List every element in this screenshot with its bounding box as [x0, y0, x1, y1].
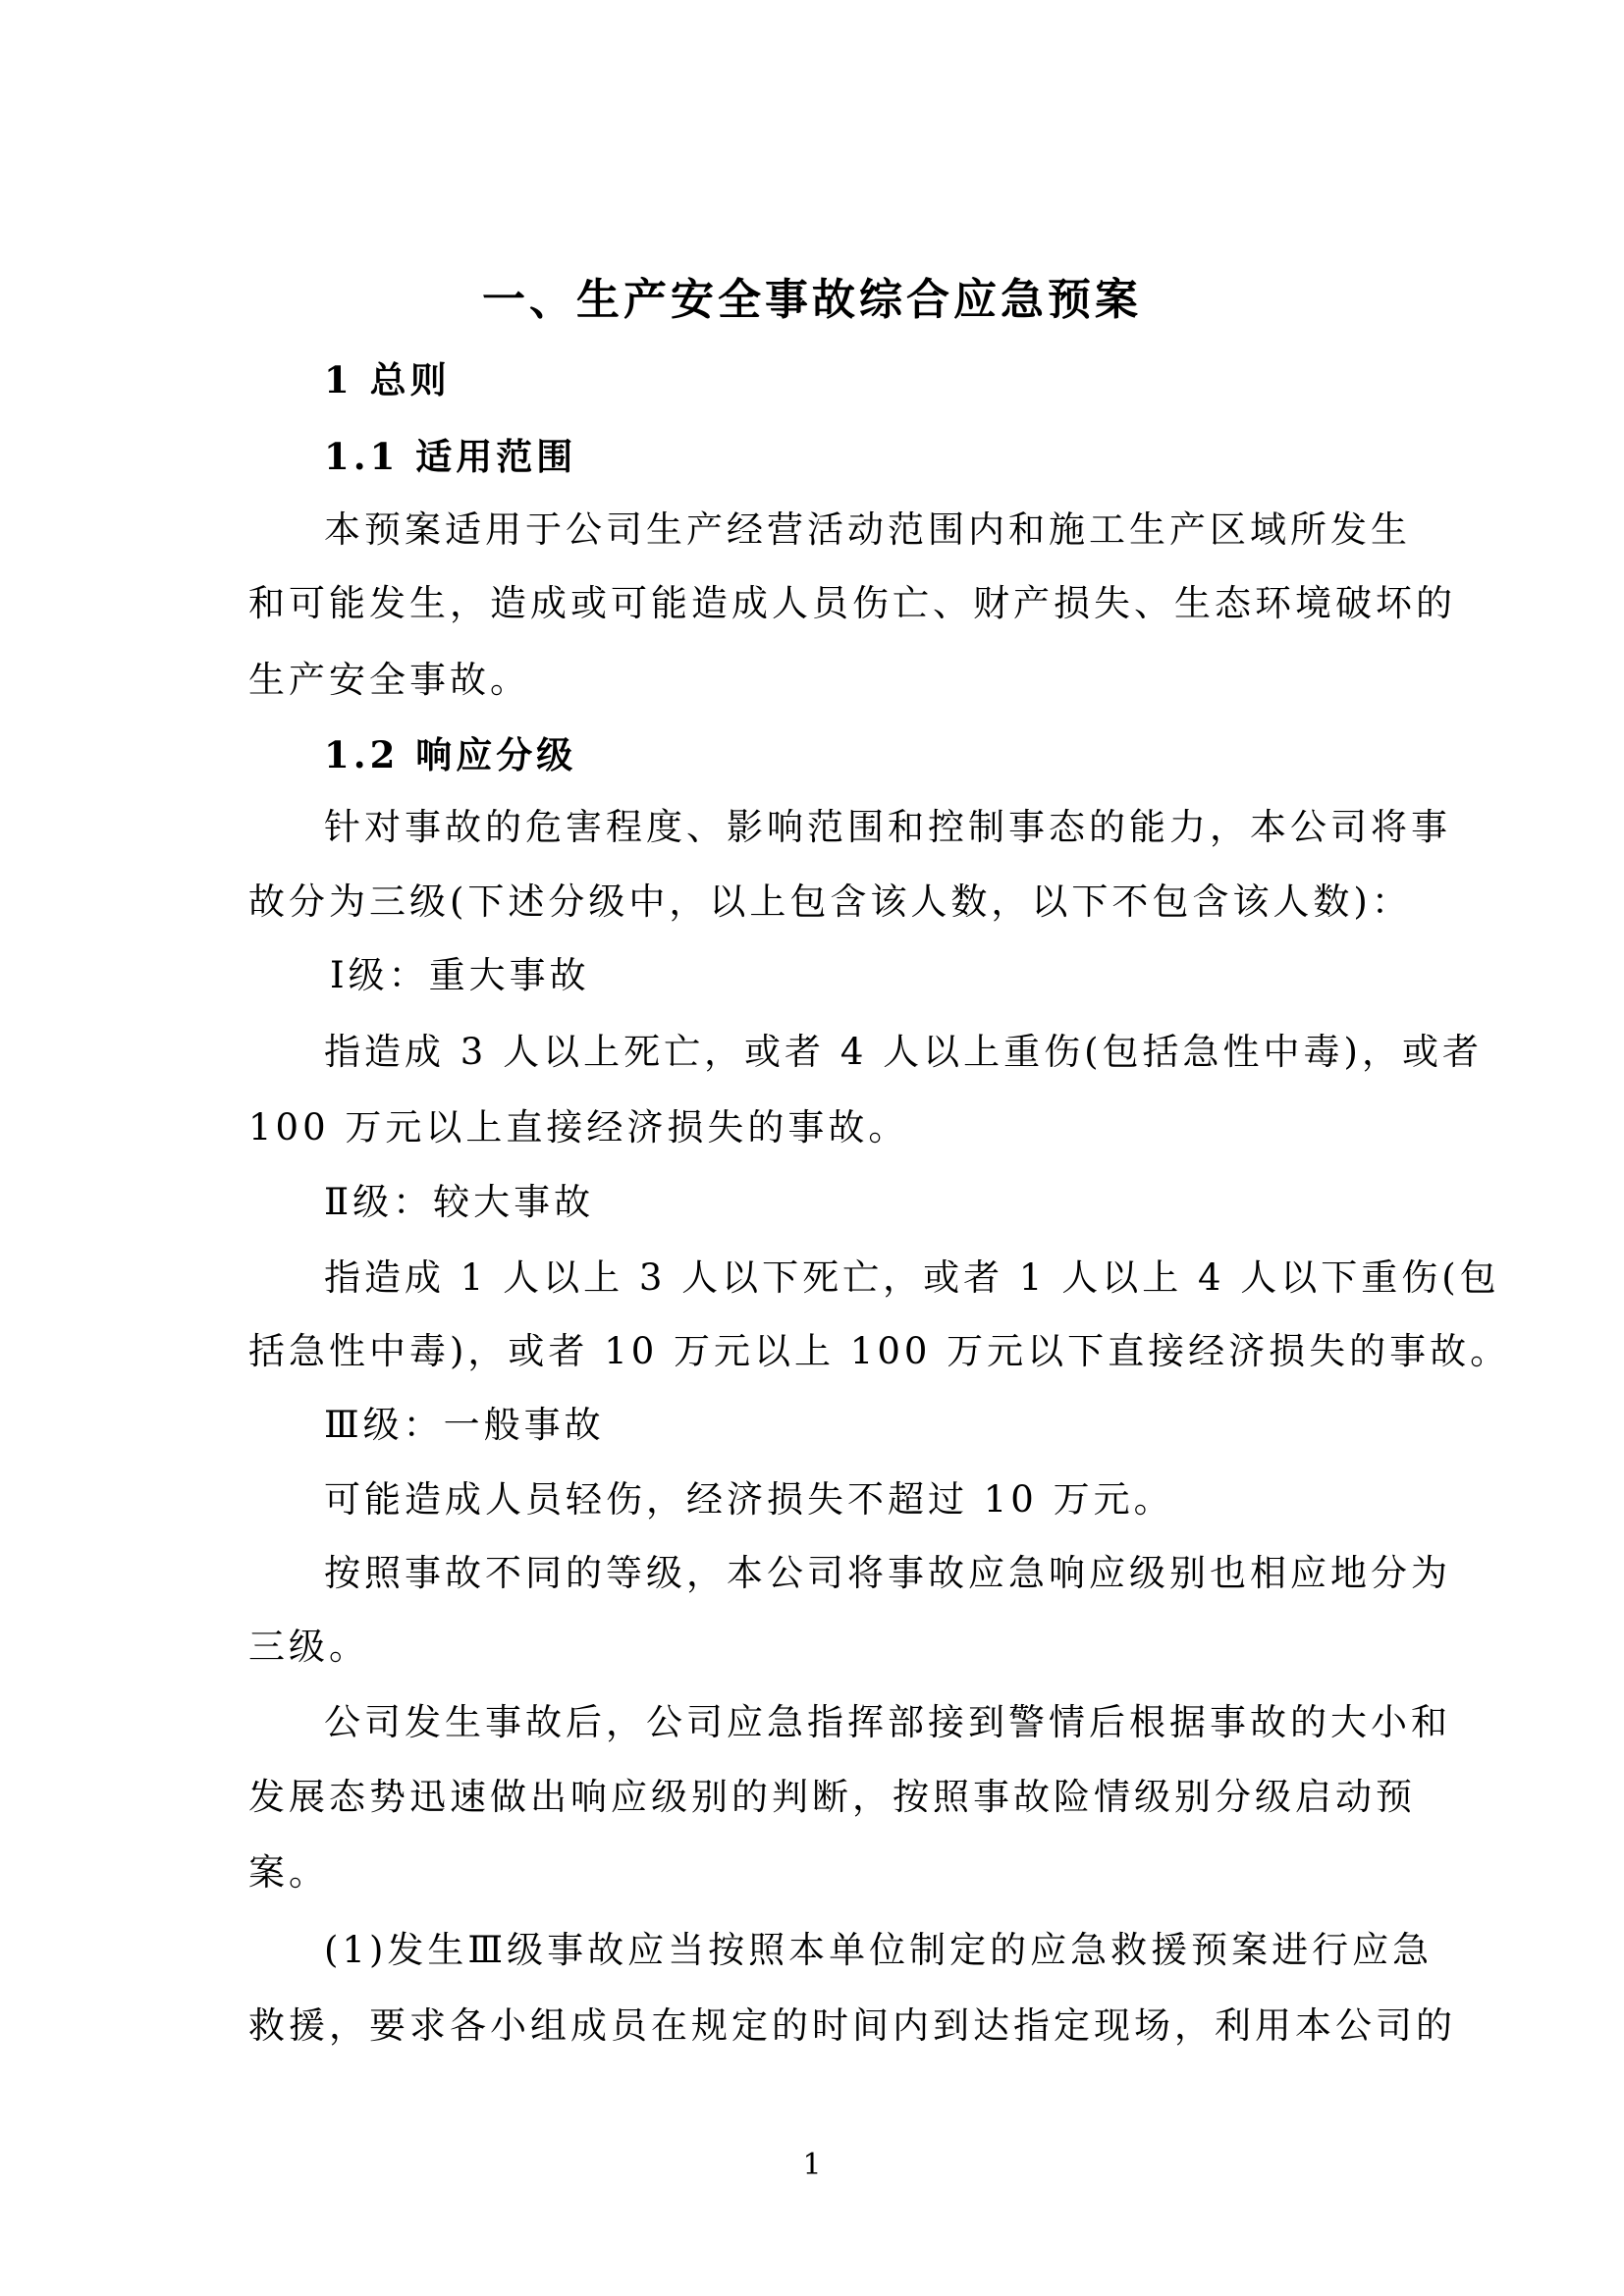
paragraph-line: 括急性中毒)，或者 10 万元以上 100 万元以下直接经济损失的事故。	[248, 1330, 1510, 1373]
document-title: 一、生产安全事故综合应急预案	[0, 275, 1624, 326]
paragraph-line: 发展态势迅速做出响应级别的判断，按照事故险情级别分级启动预	[248, 1776, 1416, 1819]
paragraph-line: 案。	[248, 1851, 329, 1895]
heading-1-1: 1.1 适用范围	[324, 435, 576, 478]
paragraph-line: 指造成 3 人以上死亡，或者 4 人以上重伤(包括急性中毒)，或者	[324, 1031, 1483, 1074]
paragraph-line: 公司发生事故后，公司应急指挥部接到警情后根据事故的大小和	[324, 1701, 1451, 1744]
level-3-title: Ⅲ级：一般事故	[324, 1404, 605, 1447]
heading-1: 1 总则	[324, 358, 451, 401]
paragraph-line: 故分为三级(下述分级中，以上包含该人数，以下不包含该人数)：	[248, 881, 1412, 924]
paragraph-line: 本预案适用于公司生产经营活动范围内和施工生产区域所发生	[324, 508, 1411, 552]
page-number: 1	[0, 2148, 1624, 2182]
paragraph-line: 指造成 1 人以上 3 人以下死亡，或者 1 人以上 4 人以下重伤(包	[324, 1256, 1500, 1300]
level-2-title: Ⅱ级：较大事故	[324, 1181, 594, 1224]
level-1-title: Ⅰ级：重大事故	[330, 954, 590, 997]
paragraph-line: 生产安全事故。	[248, 659, 530, 702]
paragraph-line: 三级。	[248, 1626, 369, 1669]
heading-1-2: 1.2 响应分级	[324, 733, 576, 776]
paragraph-line: 针对事故的危害程度、影响范围和控制事态的能力，本公司将事	[324, 806, 1451, 849]
paragraph-line: 可能造成人员轻伤，经济损失不超过 10 万元。	[324, 1478, 1174, 1522]
paragraph-line: (1)发生Ⅲ级事故应当按照本单位制定的应急救援预案进行应急	[324, 1929, 1433, 1972]
paragraph-line: 和可能发生，造成或可能造成人员伤亡、财产损失、生态环境破坏的	[248, 582, 1456, 625]
paragraph-line: 100 万元以上直接经济损失的事故。	[248, 1106, 908, 1149]
paragraph-line: 按照事故不同的等级，本公司将事故应急响应级别也相应地分为	[324, 1552, 1451, 1595]
paragraph-line: 救援，要求各小组成员在规定的时间内到达指定现场，利用本公司的	[248, 2004, 1456, 2048]
